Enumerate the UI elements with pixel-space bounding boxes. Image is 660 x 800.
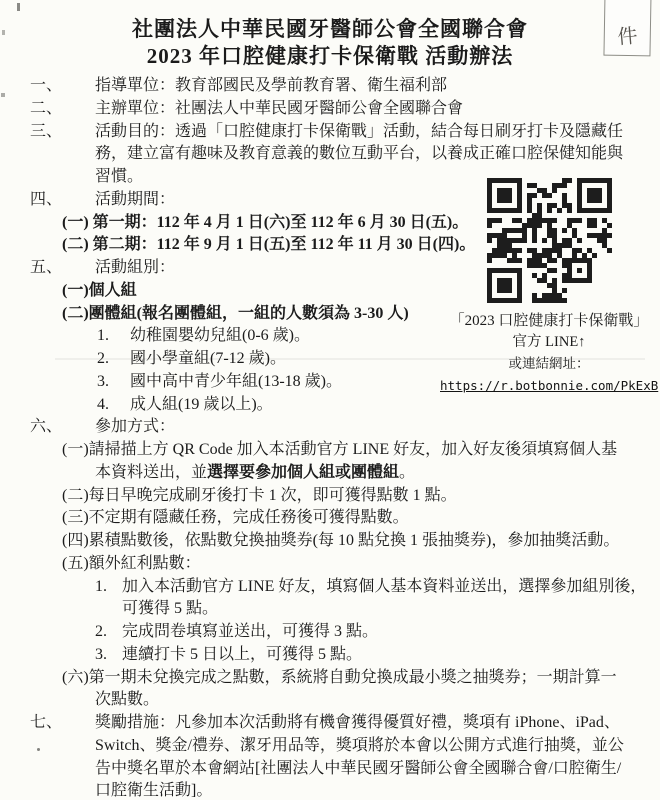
list-label: (二): [62, 236, 89, 253]
list-number: 1.: [95, 576, 122, 599]
list-label: 七、: [30, 712, 95, 735]
doc-line-agegroup4: 4.成人組(19 歲以上)。: [30, 394, 660, 417]
list-label: 二、: [30, 98, 95, 121]
list-label: 三、: [30, 121, 95, 144]
qr-panel: 「2023 口腔健康打卡保衛戰」 官方 LINE↑ 或連結網址： https:/…: [440, 178, 658, 395]
scan-speck: [1, 93, 5, 97]
list-label: (三): [62, 509, 89, 526]
doc-line: (四)累積點數後，依點數兌換抽獎券(每 10 點兌換 1 張抽獎券)，參加抽獎活…: [30, 530, 660, 553]
doc-line: (二)每日早晚完成刷牙後打卡 1 次，即可獲得點數 1 點。: [30, 485, 660, 508]
list-label: 六、: [30, 416, 95, 439]
doc-line: 次點數。: [30, 689, 660, 712]
doc-line: 告中獎名單於本會網站[社團法人中華民國牙醫師公會全國聯合會/口腔衛生/: [30, 758, 660, 781]
doc-line: 本資料送出，並選擇要參加個人組或團體組。: [30, 462, 660, 485]
list-label: (一): [62, 214, 89, 231]
list-number: 4.: [97, 394, 130, 417]
list-number: 1.: [97, 325, 130, 348]
list-number: 2.: [95, 621, 122, 644]
list-label: 四、: [30, 189, 95, 212]
list-label: (二): [62, 487, 89, 504]
doc-line: (一)請掃描上方 QR Code 加入本活動官方 LINE 好友，加入好友後須填…: [30, 439, 660, 462]
list-number: 3.: [97, 371, 130, 394]
doc-line: (五)額外紅利點數：: [30, 553, 660, 576]
list-label: (一): [62, 282, 89, 299]
scan-speck: [17, 3, 20, 11]
qr-caption-title: 「2023 口腔健康打卡保衛戰」: [440, 312, 658, 331]
qr-caption-url-label: 或連結網址：: [440, 355, 658, 373]
scanned-document-page: 件 社團法人中華民國牙醫師公會全國聯合會 2023 年口腔健康打卡保衛戰 活動辦…: [0, 0, 660, 800]
doc-line-bonus2: 2.完成問卷填寫並送出，可獲得 3 點。: [30, 621, 660, 644]
file-stamp-box: 件: [603, 0, 651, 56]
doc-line: (六)第一期未兌換完成之點數，系統將自動兌換成最小獎之抽獎券；一期計算一: [30, 667, 660, 690]
list-label: (二): [62, 305, 89, 322]
doc-line: Switch、獎金/禮券、潔牙用品等，獎項將於本會以公開方式進行抽獎，並公: [30, 735, 660, 758]
list-label: (六): [62, 669, 89, 686]
doc-line-section2: 二、主辦單位：社團法人中華民國牙醫師公會全國聯合會: [30, 98, 660, 121]
doc-line: 務，建立富有趣味及教育意義的數位互動平台，以養成正確口腔保健知能與: [30, 143, 660, 166]
doc-line: 可獲得 5 點。: [30, 598, 660, 621]
doc-line-bonus3: 3.連續打卡 5 日以上，可獲得 5 點。: [30, 644, 660, 667]
document-title-activity: 2023 年口腔健康打卡保衛戰 活動辦法: [0, 42, 660, 70]
list-label: (四): [62, 532, 89, 549]
list-label: 一、: [30, 75, 95, 98]
doc-line-section7: 七、獎勵措施：凡參加本次活動將有機會獲得優質好禮，獎項有 iPhone、iPad…: [30, 712, 660, 735]
doc-line: 口腔衛生活動]。: [30, 780, 660, 800]
qr-caption-line: 官方 LINE↑: [440, 333, 658, 352]
doc-line-bonus1: 1.加入本活動官方 LINE 好友，填寫個人基本資料並送出，選擇參加組別後，: [30, 576, 660, 599]
stamp-character: 件: [604, 18, 651, 51]
list-label: (一): [62, 441, 89, 458]
qr-code-image: [487, 178, 612, 303]
qr-link-url[interactable]: https://r.botbonnie.com/PkExB: [440, 377, 658, 394]
scan-speck: [2, 30, 5, 35]
list-label: 五、: [30, 257, 95, 280]
scan-speck: [37, 748, 40, 751]
doc-line: (三)不定期有隱藏任務，完成任務後可獲得點數。: [30, 507, 660, 530]
doc-line-section6: 六、參加方式：: [30, 416, 660, 439]
list-number: 3.: [95, 644, 122, 667]
list-label: (五): [62, 555, 89, 572]
document-title-org: 社團法人中華民國牙醫師公會全國聯合會: [0, 0, 660, 42]
doc-line-section1: 一、指導單位：教育部國民及學前教育署、衛生福利部: [30, 75, 660, 98]
doc-line-section3: 三、活動目的：透過「口腔健康打卡保衛戰」活動，結合每日刷牙打卡及隱藏任: [30, 121, 660, 144]
